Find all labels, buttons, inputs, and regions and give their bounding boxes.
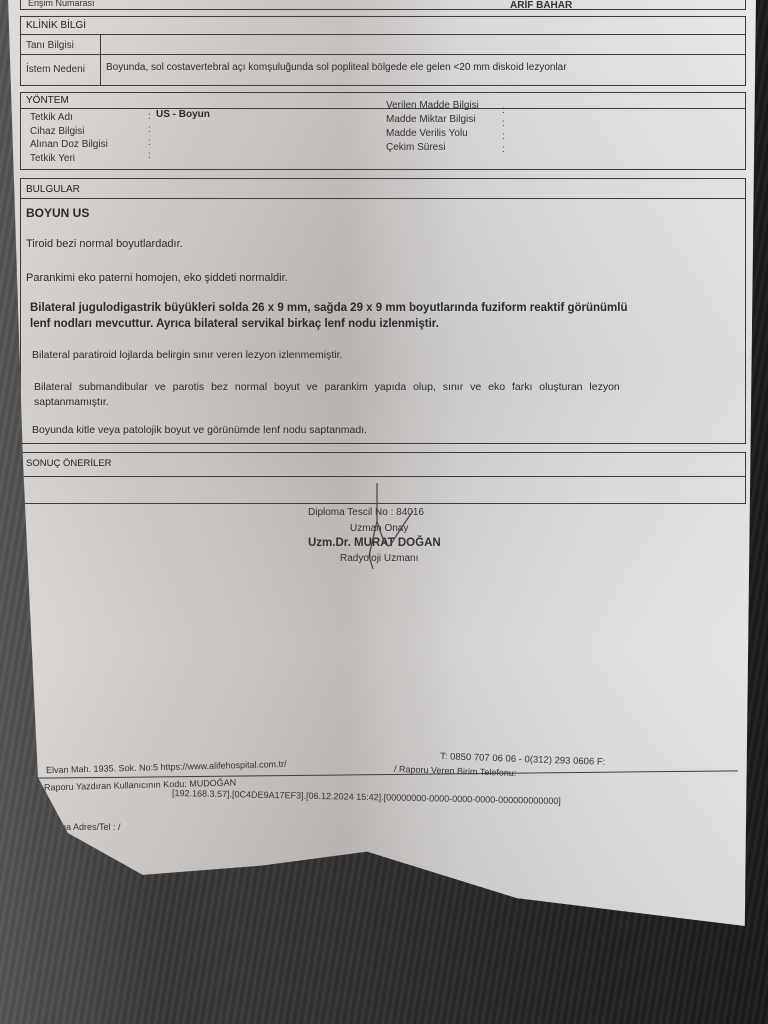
conclusion-title: SONUÇ ÖNERİLER <box>26 458 112 469</box>
finding-parathyroid: Bilateral paratiroid lojlarda belirgin s… <box>32 349 342 361</box>
finding-lymph-nodes-line2: lenf nodları mevcuttur. Ayrıca bilateral… <box>30 318 439 330</box>
dose-info-label: Alınan Doz Bilgisi <box>30 139 108 150</box>
findings-heading: BOYUN US <box>26 206 89 220</box>
exam-location-label: Tetkik Yeri <box>30 153 75 164</box>
finding-thyroid-size: Tiroid bezi normal boyutlardadır. <box>26 238 183 250</box>
finding-neck-summary: Boyunda kitle veya patolojik boyut ve gö… <box>32 424 367 436</box>
method-title: YÖNTEM <box>26 95 69 106</box>
exam-name-value: US - Boyun <box>156 109 210 120</box>
header-box <box>20 0 746 10</box>
finding-salivary-line1: Bilateral submandibular ve parotis bez n… <box>34 381 620 393</box>
exam-name-label: Tetkik Adı <box>30 112 73 123</box>
method-box <box>20 92 746 170</box>
findings-title: BULGULAR <box>26 184 80 195</box>
request-reason-label: İstem Nedeni <box>26 64 85 75</box>
device-info-label: Cihaz Bilgisi <box>30 126 84 137</box>
report-paper: Erişim Numarası ARİF BAHAR KLİNİK BİLGİ … <box>8 0 756 926</box>
patient-name: ARİF BAHAR <box>510 0 572 11</box>
finding-lymph-nodes-line1: Bilateral jugulodigastrik büyükleri sold… <box>30 302 628 314</box>
clinical-info-box <box>20 16 746 86</box>
substance-route-label: Madde Verilis Yolu <box>386 128 468 139</box>
access-number-label: Erişim Numarası <box>28 0 95 8</box>
finding-salivary-line2: saptanmamıştır. <box>34 396 109 408</box>
substance-info-label: Verilen Madde Bilgisi <box>386 100 479 111</box>
clinical-info-title: KLİNİK BİLGİ <box>26 20 86 31</box>
request-reason-value: Boyunda, sol costavertebral açı komşuluğ… <box>106 62 567 73</box>
signature-scribble-icon <box>343 481 423 571</box>
substance-amount-label: Madde Miktar Bilgisi <box>386 114 475 125</box>
diagnosis-label: Tanı Bilgisi <box>26 40 74 51</box>
scan-duration-label: Çekim Süresi <box>386 142 445 153</box>
finding-parenchyma: Parankimi eko paterni homojen, eko şidde… <box>26 272 288 284</box>
